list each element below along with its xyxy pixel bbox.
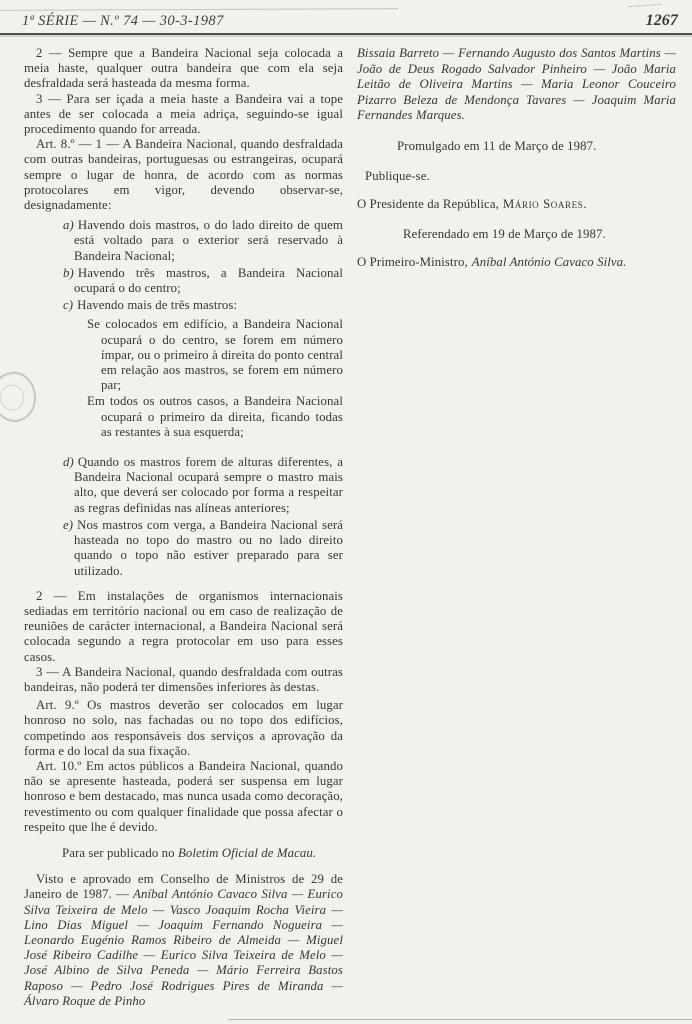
scan-artifact-bottom-line (228, 1019, 692, 1020)
subclause-c-1: Se colocados em edifício, a Bandeira Nac… (24, 317, 343, 393)
referendum-line: Referendado em 19 de Março de 1987. (403, 227, 676, 243)
council-signatories: Aníbal António Cavaco Silva — Eurico Sil… (24, 887, 343, 1007)
clause-list: a)Havendo dois mastros, o do lado direit… (24, 218, 343, 578)
macau-bulletin-title: Boletim Oficial de Macau. (178, 846, 316, 860)
signatories-continued-names: Bissaia Barreto — Fernando Augusto dos S… (357, 46, 676, 122)
clause-a-text: Havendo dois mastros, o do lado direito … (74, 218, 343, 262)
clause-b: b)Havendo três mastros, a Bandeira Nacio… (24, 266, 343, 296)
paragraph-international-2: 2 — Em instalações de organismos interna… (24, 589, 343, 665)
clause-d-label: d) (63, 455, 74, 469)
header-rule (0, 33, 692, 35)
president-name: Mário Soares. (503, 197, 587, 211)
clause-d: d)Quando os mastros forem de alturas dif… (24, 455, 343, 516)
header-issue-line: 1ª SÉRIE — N.º 74 — 30-3-1987 (22, 13, 224, 30)
clause-c-label: c) (63, 298, 73, 312)
paragraph-international-3: 3 — A Bandeira Nacional, quando desfrald… (24, 665, 343, 695)
paragraph-half-mast-3: 3 — Para ser içada a meia haste a Bandei… (24, 92, 343, 138)
clause-a-label: a) (63, 218, 74, 232)
prime-minister-signature-line: O Primeiro-Ministro,Aníbal António Cavac… (357, 255, 676, 271)
president-signature-line: O Presidente da República,Mário Soares. (357, 197, 676, 213)
column-right: Bissaia Barreto — Fernando Augusto dos S… (357, 46, 676, 271)
signatories-continued: Bissaia Barreto — Fernando Augusto dos S… (357, 46, 676, 124)
scan-artifact-top-line (0, 8, 398, 11)
clause-a: a)Havendo dois mastros, o do lado direit… (24, 218, 343, 264)
header-page-number: 1267 (646, 12, 678, 30)
clause-c-text: Havendo mais de três mastros: (77, 298, 237, 312)
clause-e-text: Nos mastros com verga, a Bandeira Nacion… (74, 518, 343, 578)
paragraph-article-9: Art. 9.º Os mastros deverão ser colocado… (24, 698, 343, 759)
clause-b-label: b) (63, 266, 74, 280)
president-title: O Presidente da República, (357, 197, 499, 211)
page-header: 1ª SÉRIE — N.º 74 — 30-3-1987 1267 (22, 12, 678, 30)
promulgation-line: Promulgado em 11 de Março de 1987. (397, 139, 676, 155)
column-left: 2 — Sempre que a Bandeira Nacional seja … (24, 46, 343, 1009)
clause-c: c)Havendo mais de três mastros: (24, 298, 343, 313)
publish-prefix-text: Para ser publicado no (62, 846, 175, 860)
paragraph-half-mast-2: 2 — Sempre que a Bandeira Nacional seja … (24, 46, 343, 92)
text-columns: 2 — Sempre que a Bandeira Nacional seja … (24, 46, 676, 1024)
paragraph-article-8-intro: Art. 8.º — 1 — A Bandeira Nacional, quan… (24, 137, 343, 213)
clause-e: e)Nos mastros com verga, a Bandeira Naci… (24, 518, 343, 579)
subclause-c-2: Em todos os outros casos, a Bandeira Nac… (24, 394, 343, 440)
paragraph-article-10: Art. 10.º Em actos públicos a Bandeira N… (24, 759, 343, 835)
publish-in-macau-line: Para ser publicado no Boletim Oficial de… (62, 846, 343, 861)
gazette-page: 1ª SÉRIE — N.º 74 — 30-3-1987 1267 2 — S… (0, 0, 692, 1024)
prime-minister-name: Aníbal António Cavaco Silva. (472, 255, 627, 269)
clause-d-text: Quando os mastros forem de alturas difer… (74, 455, 343, 515)
clause-e-label: e) (63, 518, 73, 532)
clause-b-text: Havendo três mastros, a Bandeira Naciona… (74, 266, 343, 295)
prime-minister-title: O Primeiro-Ministro, (357, 255, 468, 269)
council-approval-paragraph: Visto e aprovado em Conselho de Ministro… (24, 872, 343, 1009)
clause-c-subclauses: Se colocados em edifício, a Bandeira Nac… (24, 317, 343, 440)
publique-se-line: Publique-se. (365, 169, 676, 185)
